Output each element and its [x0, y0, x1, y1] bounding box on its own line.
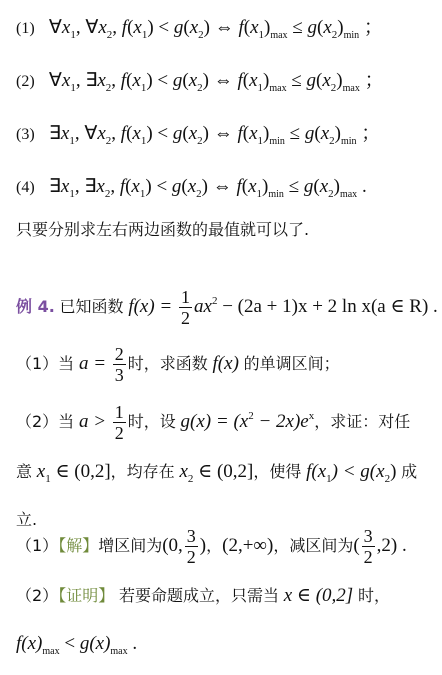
numerator: 1	[113, 403, 126, 423]
subscript: 2	[328, 188, 334, 200]
comma: ,	[75, 176, 80, 197]
func: g	[173, 123, 183, 144]
func: f	[121, 123, 126, 144]
fraction: 32	[185, 527, 198, 566]
subscript: min	[268, 189, 284, 200]
fraction: 12	[179, 288, 192, 327]
g-def: − 2x)e	[254, 411, 309, 432]
comma: ,	[76, 70, 81, 91]
quantifier: ∃	[84, 176, 96, 197]
example-statement: 例 4. 已知函数 f(x) = 12ax2 − (2a + 1)x + 2 l…	[16, 288, 438, 327]
func: f	[120, 176, 125, 197]
punct: ，	[206, 536, 222, 555]
var: x	[188, 176, 196, 197]
quantifier: ∃	[85, 70, 97, 91]
example-part-1: （1）当 a = 23时，求函数 f(x) 的单调区间；	[16, 345, 340, 384]
func: f	[122, 17, 127, 38]
func: f	[121, 70, 126, 91]
var: x	[249, 70, 257, 91]
func: g	[172, 176, 182, 197]
subscript: 1	[257, 188, 263, 200]
subscript: 2	[331, 82, 337, 94]
var: x	[37, 461, 45, 482]
op: <	[157, 70, 168, 91]
var: x	[97, 123, 105, 144]
proof-tag: 【证明】	[58, 586, 114, 605]
quantifier: ∃	[49, 123, 61, 144]
numerator: 2	[113, 345, 126, 365]
interval: (0,	[162, 535, 183, 556]
subscript: 2	[198, 29, 204, 41]
text: ，求证：对任	[314, 412, 410, 431]
text: 的单调区间；	[244, 354, 340, 373]
part-label: （2）	[16, 586, 58, 605]
interval: (	[353, 535, 359, 556]
func: ) < g(x	[332, 461, 385, 482]
op: ⇔	[215, 17, 234, 38]
var: x	[248, 176, 256, 197]
var: x	[189, 123, 197, 144]
fraction: 12	[113, 403, 126, 442]
paren: )	[390, 461, 396, 482]
rule-4: (4) ∃x1, ∃x2, f(x1) < g(x2) ⇔ f(x1)min ≤…	[16, 175, 367, 207]
punct: .	[362, 176, 367, 197]
var: x	[98, 17, 106, 38]
subscript: 1	[258, 82, 264, 94]
denominator: 2	[179, 308, 192, 327]
func: f	[237, 123, 242, 144]
subscript: 1	[259, 29, 265, 41]
part-label: （1）	[16, 536, 58, 555]
subscript: max	[343, 83, 360, 94]
func: f(x)	[213, 353, 239, 374]
op: ⇔	[213, 176, 232, 197]
subscript: max	[269, 83, 286, 94]
rule-3: (3) ∃x1, ∀x2, f(x1) < g(x2) ⇔ f(x1)min ≤…	[16, 122, 380, 154]
op: ⇔	[214, 70, 233, 91]
subscript: 1	[142, 29, 148, 41]
part-label: （1）当	[16, 354, 74, 373]
var: x	[133, 17, 141, 38]
example-intro: 已知函数	[60, 297, 124, 316]
subscript: max	[270, 30, 287, 41]
text: 时，求函数	[128, 354, 208, 373]
comma: ,	[111, 70, 116, 91]
subscript: 2	[197, 135, 203, 147]
var: x	[131, 176, 139, 197]
func: f	[238, 17, 243, 38]
func: f(x	[306, 461, 326, 482]
subscript: 2	[197, 82, 203, 94]
denominator: 2	[185, 547, 198, 566]
quantifier: ∀	[49, 70, 62, 91]
solution-3: f(x)max < g(x)max .	[16, 632, 137, 664]
summary-text: 只要分别求左右两边函数的最值就可以了.	[16, 218, 309, 242]
interval: ∈ (0,2]	[193, 461, 253, 482]
subscript: min	[344, 30, 360, 41]
var: x	[132, 123, 140, 144]
interval: ∈ (0,2]	[51, 461, 111, 482]
var: x	[322, 70, 330, 91]
var: x	[132, 70, 140, 91]
condition: a >	[79, 411, 106, 432]
rule-2: (2) ∀x1, ∃x2, f(x1) < g(x2) ⇔ f(x1)max ≤…	[16, 69, 384, 101]
text: 时，设	[128, 412, 176, 431]
var: x	[189, 70, 197, 91]
op: ⇔	[214, 123, 233, 144]
term: ax	[194, 296, 212, 317]
numerator: 3	[362, 527, 375, 547]
quantifier: ∀	[84, 123, 97, 144]
func-lhs: f(x) =	[128, 296, 172, 317]
quantifier: ∃	[49, 176, 61, 197]
rule-label: (2)	[16, 73, 35, 90]
comma: ,	[110, 176, 115, 197]
numerator: 1	[179, 288, 192, 308]
punct: ；	[365, 70, 384, 91]
denominator: 2	[113, 423, 126, 442]
text: ，使得	[253, 462, 301, 481]
part-label: （2）当	[16, 412, 74, 431]
var: x	[249, 123, 257, 144]
quantifier: ∀	[49, 17, 62, 38]
op: <	[156, 176, 167, 197]
var: x	[320, 176, 328, 197]
text: 意	[16, 462, 32, 481]
var: x	[323, 17, 331, 38]
subscript: 1	[140, 188, 146, 200]
fraction: 23	[113, 345, 126, 384]
example-part-2-line-2: 意 x1 ∈ (0,2]，均存在 x2 ∈ (0,2]，使得 f(x1) < g…	[16, 460, 417, 491]
op: <	[158, 17, 169, 38]
func: f(x)	[16, 633, 42, 654]
op: <	[157, 123, 168, 144]
rule-label: (4)	[16, 179, 35, 196]
solution-2: （2）【证明】 若要命题成立，只需当 x ∈ (0,2] 时，	[16, 584, 390, 608]
func: g	[174, 17, 184, 38]
subscript: min	[269, 136, 285, 147]
comma: ,	[75, 123, 80, 144]
denominator: 3	[113, 365, 126, 384]
var: x	[250, 17, 258, 38]
subscript: 1	[141, 135, 147, 147]
interval: (2,+∞)	[222, 535, 273, 556]
solution-tag: 【解】	[58, 536, 98, 555]
var: x	[321, 123, 329, 144]
var: x	[97, 70, 105, 91]
subscript: 2	[332, 29, 338, 41]
rule-label: (1)	[16, 20, 35, 37]
comma: ,	[76, 17, 81, 38]
comma: ,	[111, 123, 116, 144]
condition: a =	[79, 353, 106, 374]
comma: ,	[112, 17, 117, 38]
op: <	[60, 633, 80, 654]
g-def: g(x) = (x	[181, 411, 249, 432]
subscript: 2	[329, 135, 335, 147]
op: ≤	[289, 176, 299, 197]
term: − (2a + 1)x + 2 ln x(a ∈ R) .	[217, 296, 437, 317]
fraction: 32	[362, 527, 375, 566]
rule-label: (3)	[16, 126, 35, 143]
op: ≤	[291, 70, 301, 91]
op: ≤	[292, 17, 302, 38]
var: x	[190, 17, 198, 38]
solution-1: （1）【解】增区间为(0,32)，(2,+∞)，减区间为(32,2) .	[16, 527, 407, 566]
func: g	[305, 123, 315, 144]
punct: ；	[361, 123, 380, 144]
subscript: min	[341, 136, 357, 147]
op: ≤	[290, 123, 300, 144]
text: ，减区间为	[273, 536, 353, 555]
text: 时，	[358, 586, 390, 605]
punct: .	[128, 633, 138, 654]
quantifier: ∀	[85, 17, 98, 38]
subscript: max	[42, 646, 59, 657]
func: g(x)	[80, 633, 111, 654]
text: 增区间为	[98, 536, 162, 555]
func: g	[307, 70, 317, 91]
var: x	[96, 176, 104, 197]
subscript: max	[340, 189, 357, 200]
interval: ,2) .	[377, 535, 407, 556]
func: g	[308, 17, 318, 38]
subscript: 1	[258, 135, 264, 147]
example-part-2: （2）当 a > 12时，设 g(x) = (x2 − 2x)ex，求证：对任	[16, 403, 410, 442]
subscript: 1	[141, 82, 147, 94]
rule-1: (1) ∀x1, ∀x2, f(x1) < g(x2) ⇔ f(x1)max ≤…	[16, 16, 383, 48]
var: x	[179, 461, 187, 482]
func: g	[304, 176, 314, 197]
text: ，均存在	[111, 462, 175, 481]
subscript: 2	[196, 188, 202, 200]
subscript: max	[110, 646, 127, 657]
numerator: 3	[185, 527, 198, 547]
func: f	[237, 70, 242, 91]
text: 若要命题成立，只需当	[119, 586, 279, 605]
example-label: 例 4.	[16, 297, 55, 316]
func: f	[237, 176, 242, 197]
punct: ；	[364, 17, 383, 38]
denominator: 2	[362, 547, 375, 566]
text: 成	[401, 462, 417, 481]
condition: x ∈ (0,2]	[284, 585, 353, 606]
func: g	[173, 70, 183, 91]
